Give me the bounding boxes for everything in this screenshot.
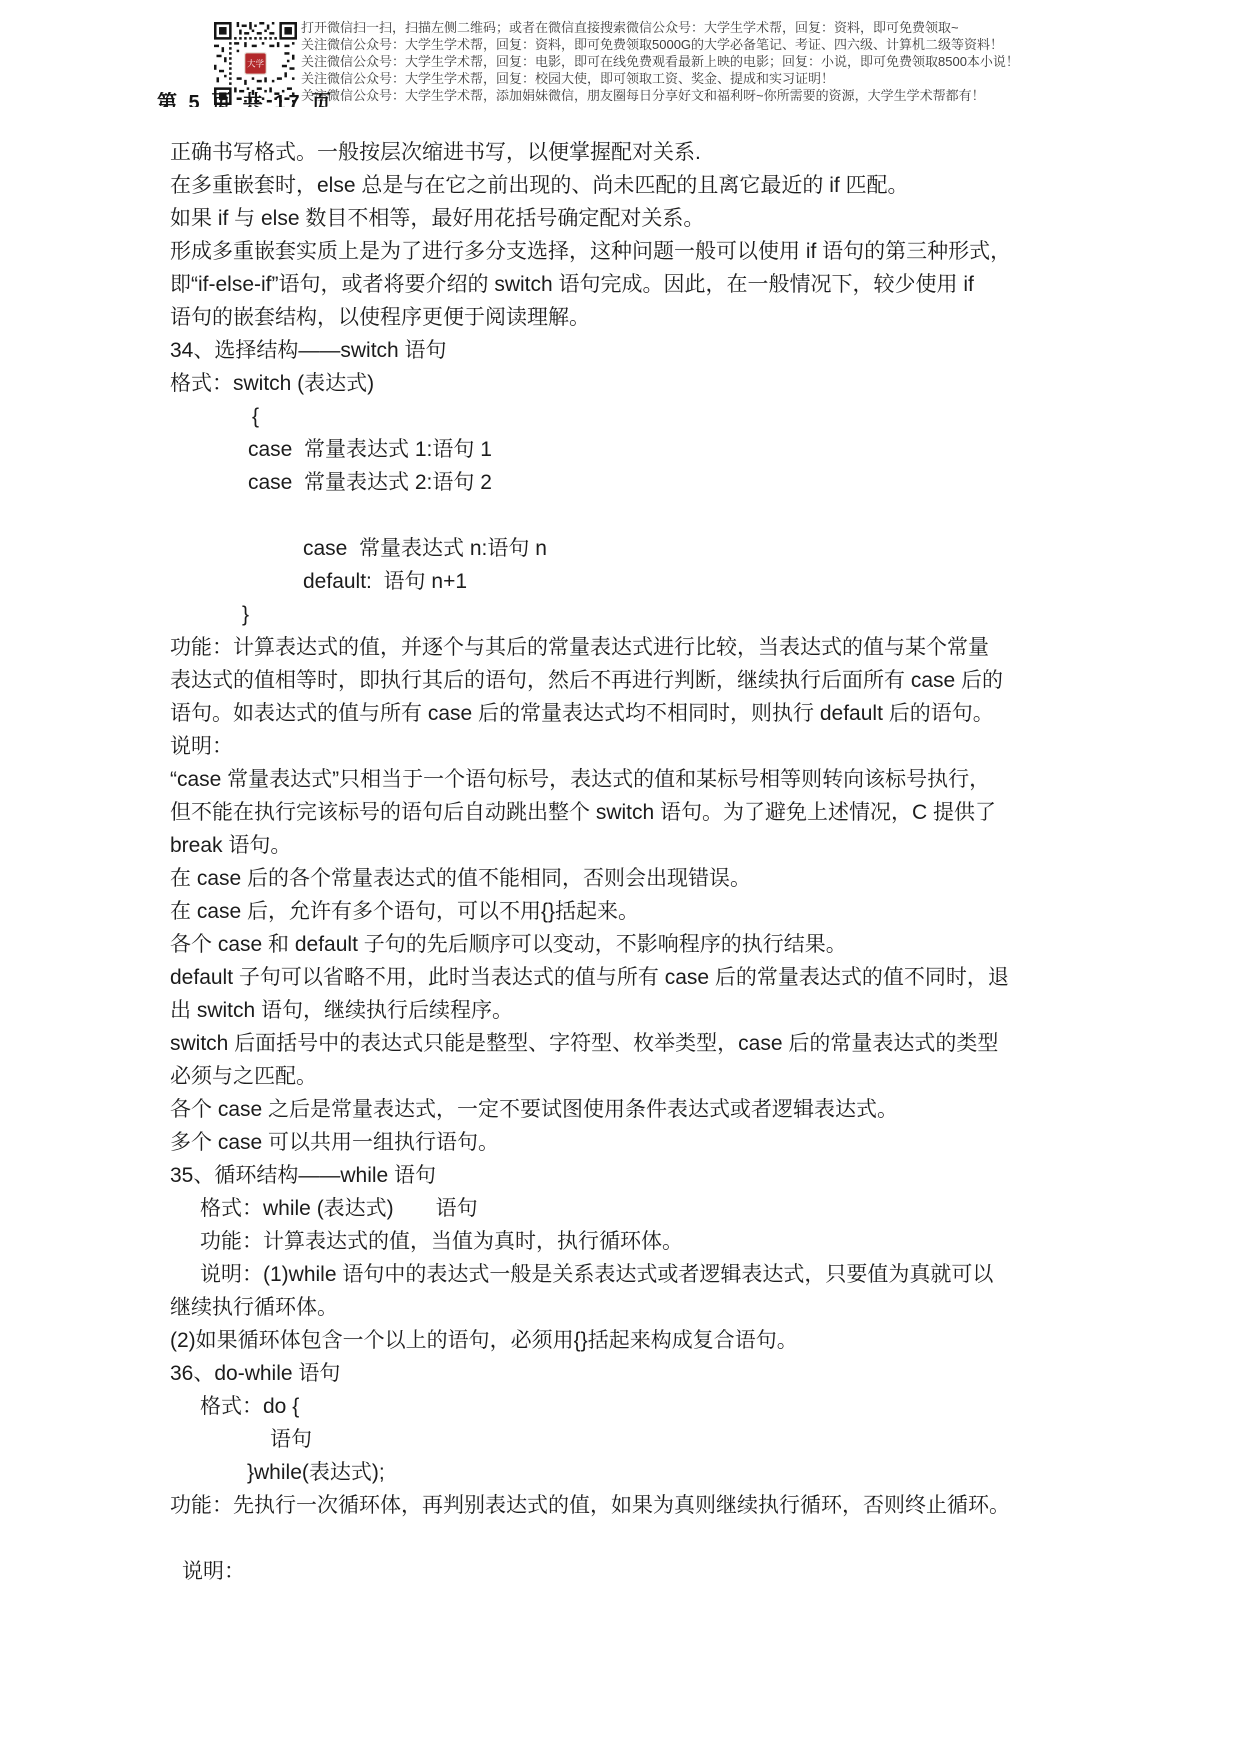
text-line: 如果 if 与 else 数目不相等，最好用花括号确定配对关系。 [170, 202, 1130, 235]
text-line: 功能：先执行一次循环体，再判别表达式的值，如果为真则继续执行循环，否则终止循环。 [170, 1489, 1130, 1522]
qr-logo-label: 大学 [247, 57, 265, 68]
text-line: 36、do-while 语句 [170, 1357, 1130, 1390]
text-line: 说明： [170, 1555, 1130, 1588]
text-line: 但不能在执行完该标号的语句后自动跳出整个 switch 语句。为了避免上述情况，… [170, 796, 1130, 829]
text-line: 继续执行循环体。 [170, 1291, 1130, 1324]
text-line: 说明：(1)while 语句中的表达式一般是关系表达式或者逻辑表达式，只要值为真… [170, 1258, 1130, 1291]
text-line: case 常量表达式 2:语句 2 [170, 466, 1130, 499]
text-line: 功能：计算表达式的值，并逐个与其后的常量表达式进行比较，当表达式的值与某个常量 [170, 631, 1130, 664]
text-line: 格式：do { [170, 1390, 1130, 1423]
text-line [170, 499, 1130, 532]
text-line: 语句的嵌套结构，以使程序更便于阅读理解。 [170, 301, 1130, 334]
text-line: 即“if-else-if”语句，或者将要介绍的 switch 语句完成。因此，在… [170, 268, 1130, 301]
text-line: }while(表达式); [170, 1456, 1130, 1489]
text-line: 34、选择结构——switch 语句 [170, 334, 1130, 367]
page-number-text: 第 5 页 共 17 页 [157, 92, 334, 107]
text-line: 功能：计算表达式的值，当值为真时，执行循环体。 [170, 1225, 1130, 1258]
header-promo-line: 关注微信公众号：大学生学术帮，回复：资料，即可免费领取5000G的大学必备笔记、… [301, 36, 1019, 53]
text-line: 格式：while (表达式) 语句 [170, 1192, 1130, 1225]
text-line: case 常量表达式 1:语句 1 [170, 433, 1130, 466]
text-line: default 子句可以省略不用，此时当表达式的值与所有 case 后的常量表达… [170, 961, 1130, 994]
header-promo-line: 关注微信公众号：大学生学术帮，添加娟妹微信，朋友圈每日分享好文和福利呀~你所需要… [301, 87, 1019, 104]
text-line: 在多重嵌套时，else 总是与在它之前出现的、尚未匹配的且离它最近的 if 匹配… [170, 169, 1130, 202]
text-line: 语句。如表达式的值与所有 case 后的常量表达式均不相同时，则执行 defau… [170, 697, 1130, 730]
text-line: 正确书写格式。一般按层次缩进书写，以便掌握配对关系. [170, 136, 1130, 169]
header-promo-line: 打开微信扫一扫，扫描左侧二维码；或者在微信直接搜索微信公众号：大学生学术帮，回复… [301, 19, 1019, 36]
text-line: 语句 [170, 1423, 1130, 1456]
text-line: 出 switch 语句，继续执行后续程序。 [170, 994, 1130, 1027]
text-line: “case 常量表达式”只相当于一个语句标号，表达式的值和某标号相等则转向该标号… [170, 763, 1130, 796]
text-line: break 语句。 [170, 829, 1130, 862]
header-promo-line: 关注微信公众号：大学生学术帮，回复：电影，即可在线免费观看最新上映的电影；回复：… [301, 53, 1019, 70]
text-line: 必须与之匹配。 [170, 1060, 1130, 1093]
text-line: { [170, 400, 1130, 433]
header-promo-line: 关注微信公众号：大学生学术帮，回复：校园大使，即可领取工资、奖金、提成和实习证明… [301, 70, 1019, 87]
text-line: 表达式的值相等时，即执行其后的语句，然后不再进行判断，继续执行后面所有 case… [170, 664, 1130, 697]
document-body: 正确书写格式。一般按层次缩进书写，以便掌握配对关系.在多重嵌套时，else 总是… [170, 136, 1130, 1588]
text-line: 形成多重嵌套实质上是为了进行多分支选择，这种问题一般可以使用 if 语句的第三种… [170, 235, 1130, 268]
text-line: 各个 case 之后是常量表达式，一定不要试图使用条件表达式或者逻辑表达式。 [170, 1093, 1130, 1126]
text-line: (2)如果循环体包含一个以上的语句，必须用{}括起来构成复合语句。 [170, 1324, 1130, 1357]
text-line: default: 语句 n+1 [170, 565, 1130, 598]
text-line: case 常量表达式 n:语句 n [170, 532, 1130, 565]
page-number: 第 5 页 共 17 页 [157, 92, 334, 107]
text-line: 各个 case 和 default 子句的先后顺序可以变动，不影响程序的执行结果… [170, 928, 1130, 961]
text-line: 35、循环结构——while 语句 [170, 1159, 1130, 1192]
text-line: 多个 case 可以共用一组执行语句。 [170, 1126, 1130, 1159]
text-line [170, 1522, 1130, 1555]
header-promo-lines: 打开微信扫一扫，扫描左侧二维码；或者在微信直接搜索微信公众号：大学生学术帮，回复… [301, 19, 1019, 104]
text-line: 在 case 后，允许有多个语句，可以不用{}括起来。 [170, 895, 1130, 928]
text-line: switch 后面括号中的表达式只能是整型、字符型、枚举类型，case 后的常量… [170, 1027, 1130, 1060]
text-line: 说明： [170, 730, 1130, 763]
text-line: } [170, 598, 1130, 631]
text-line: 格式：switch (表达式) [170, 367, 1130, 400]
document-page: 大学 打开微信扫一扫，扫描左侧二维码；或者在微信直接搜索微信公众号：大学生学术帮… [0, 0, 1240, 1754]
text-line: 在 case 后的各个常量表达式的值不能相同，否则会出现错误。 [170, 862, 1130, 895]
